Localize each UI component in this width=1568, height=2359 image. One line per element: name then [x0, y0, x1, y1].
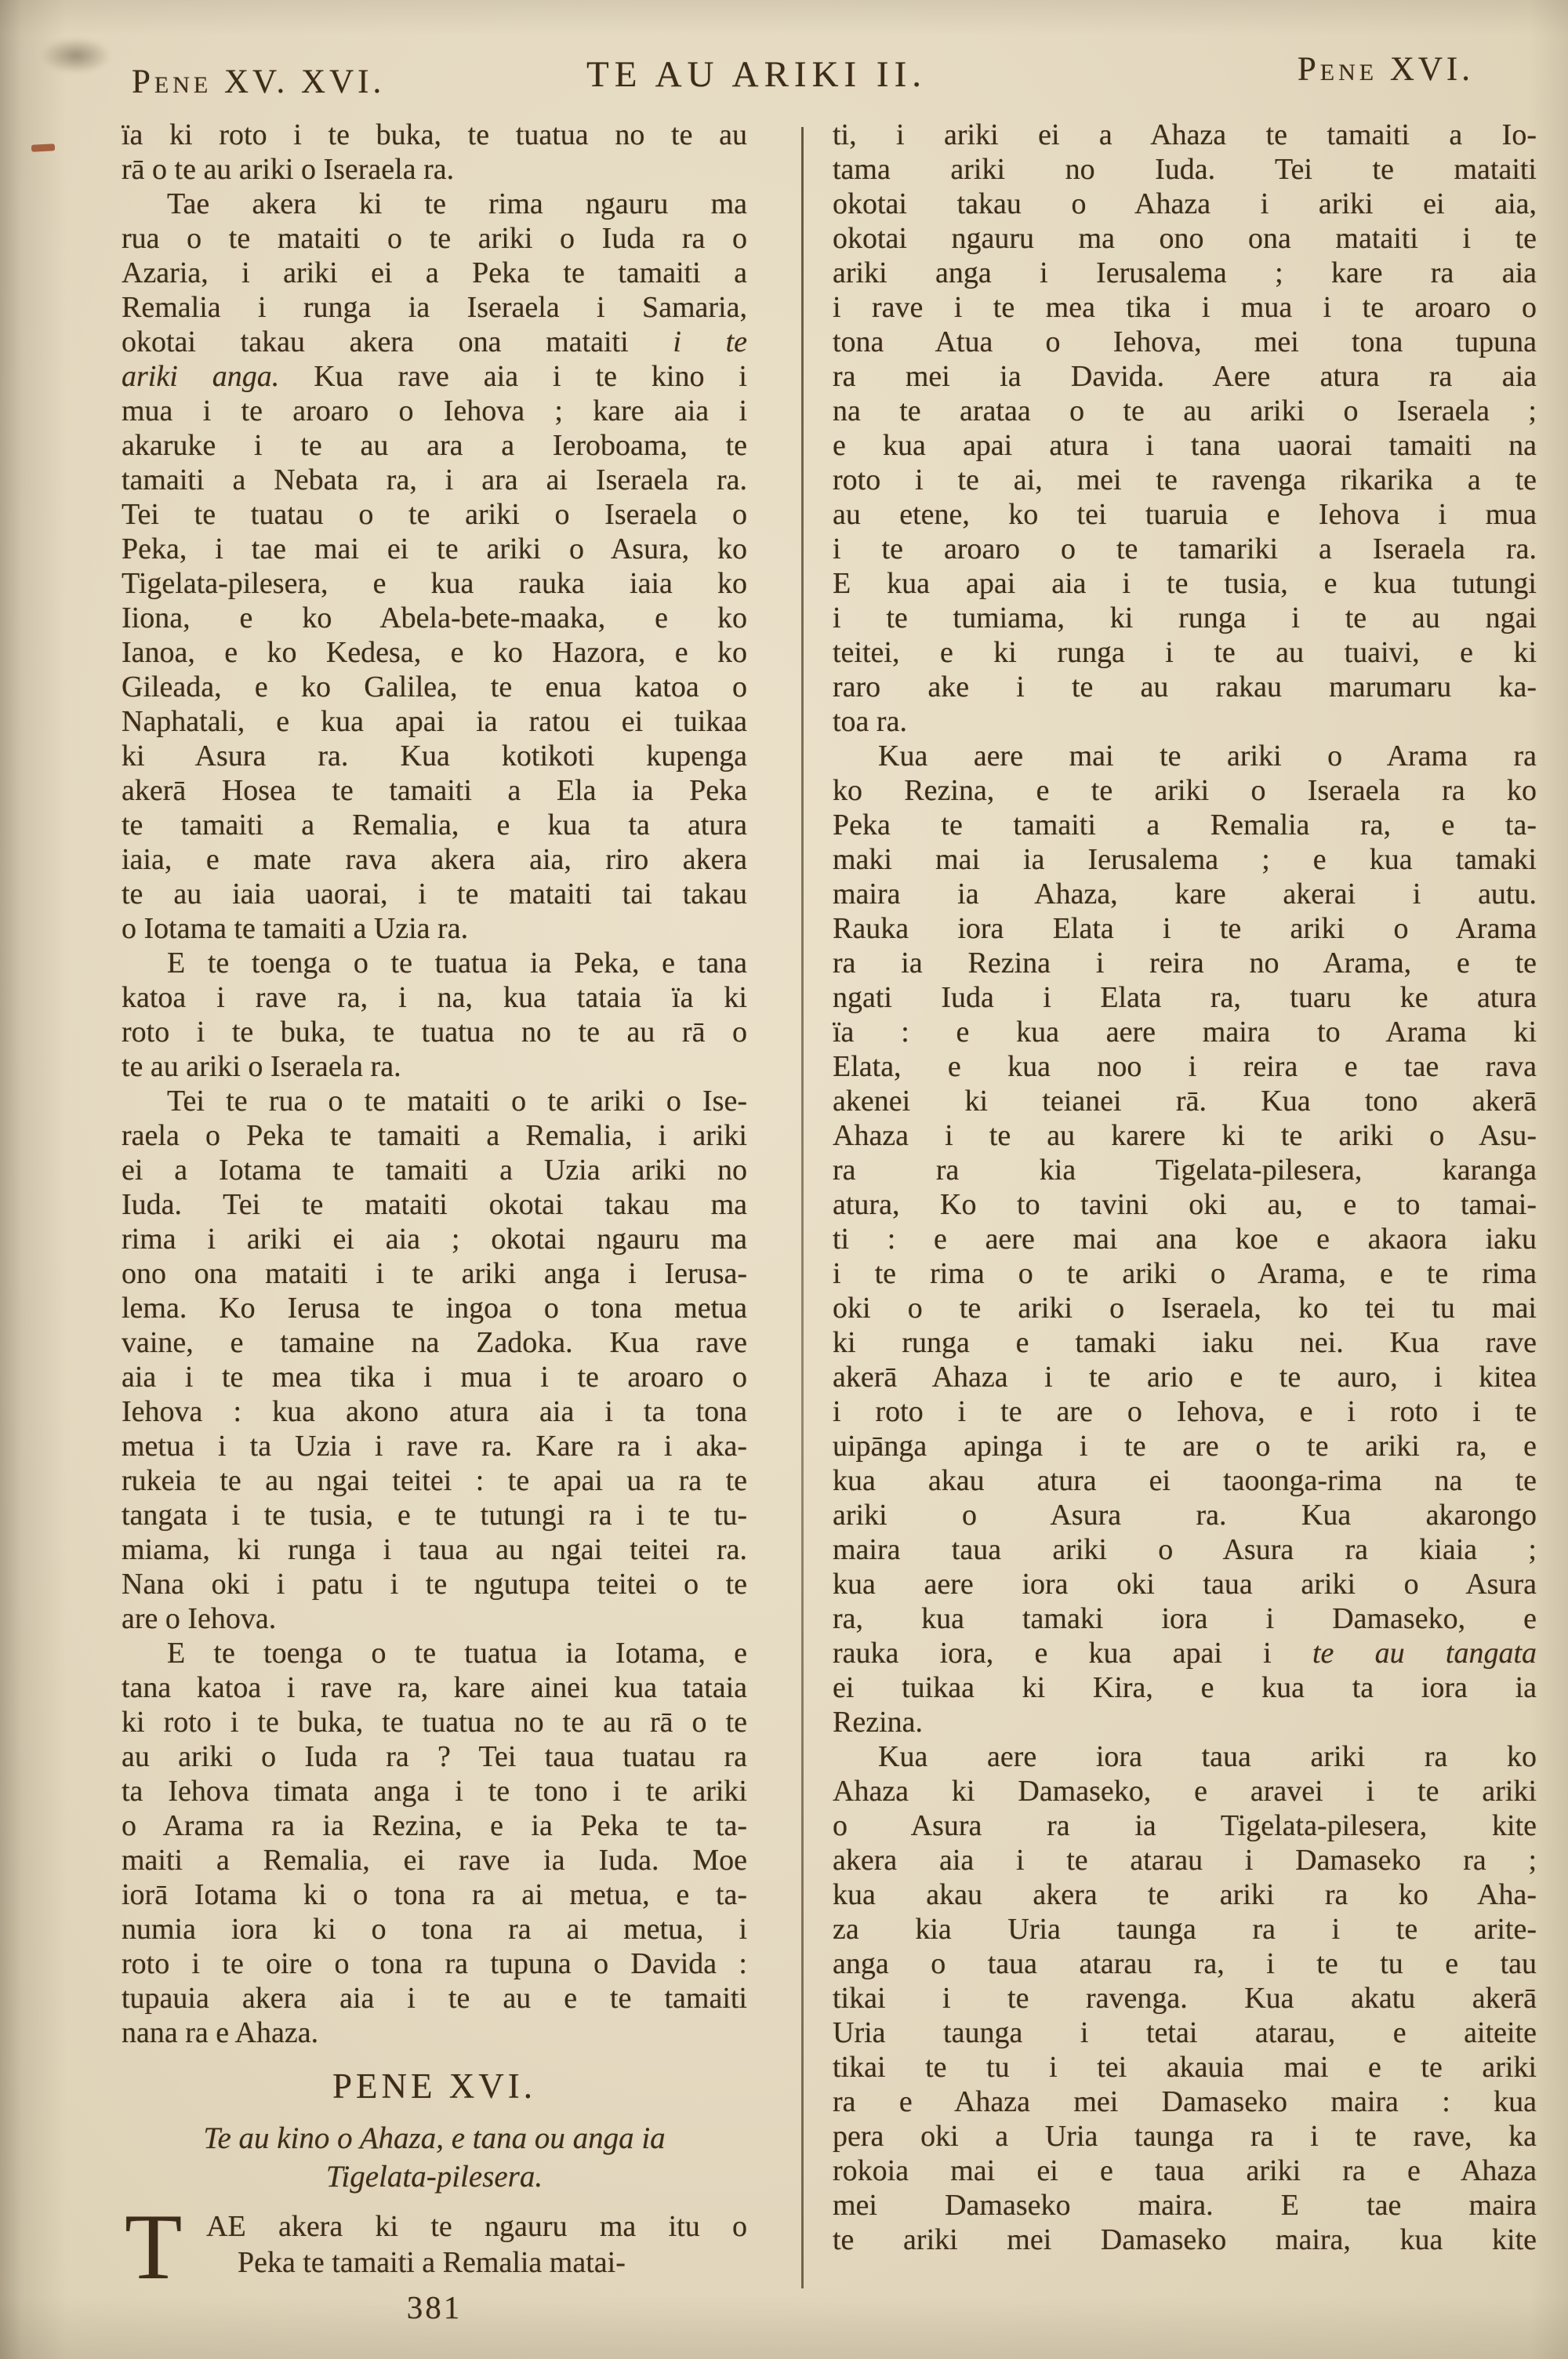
- text-line: ra, kua tamaki iora i Damaseko, e: [833, 1601, 1537, 1636]
- text-line: Remalia i runga ia Iseraela i Samaria,: [122, 290, 747, 325]
- text-line: te au iaia uaorai, i te mataiti tai taka…: [122, 877, 747, 911]
- text-line: ki Asura ra. Kua kotikoti kupenga30: [122, 739, 747, 773]
- text-line: i te rima o te ariki o Arama, e te rima: [833, 1256, 1537, 1291]
- text-line: ei tuikaa ki Kira, e kua ta iora ia: [833, 1670, 1537, 1705]
- page-number: 381: [122, 2288, 747, 2326]
- text-line: i rave i te mea tika i mua i te aroaro o: [833, 290, 1537, 325]
- text-line: o Asura ra ia Tigelata-pilesera, kite: [833, 1808, 1537, 1843]
- text-line: Azaria, i ariki ei a Peka te tamaiti a: [122, 256, 747, 290]
- text-line: ariki o Asura ra. Kua akarongo9: [833, 1498, 1537, 1532]
- text-line: ngati Iuda i Elata ra, tuaru ke atura: [833, 980, 1537, 1015]
- text-line: Ahaza ki Damaseko, e aravei i te ariki: [833, 1774, 1537, 1808]
- text-line: vaine, e tamaine na Zadoka. Kua rave34: [122, 1325, 747, 1360]
- text-line: Peka te tamaiti a Remalia matai-: [122, 2245, 747, 2281]
- chapter-subtitle-line1: Te au kino o Ahaza, e tana ou anga ia: [203, 2121, 665, 2155]
- text-line: teitei, e ki runga i te au tuaivi, e ki: [833, 635, 1537, 670]
- column-divider: [801, 127, 804, 2288]
- text-line: akerā Hosea te tamaiti a Ela ia Peka: [122, 773, 747, 808]
- text-line: ra ia Rezina i reira no Arama, e te: [833, 946, 1537, 980]
- chapter-subtitle: Te au kino o Ahaza, e tana ou anga ia Ti…: [122, 2119, 747, 2196]
- text-line: roto i te ai, mei te ravenga rikarika a …: [833, 463, 1537, 497]
- text-line: ra e Ahaza mei Damaseko maira : kua: [833, 2085, 1537, 2119]
- text-line: Iuda. Tei te mataiti okotai takau ma33: [122, 1187, 747, 1222]
- text-line: raro ake i te au rakau marumaru ka-: [833, 670, 1537, 704]
- chapter-subtitle-line2: Tigelata-pilesera.: [326, 2160, 543, 2194]
- text-column-right: ti, i ariki ei a Ahaza te tamaiti a Io-t…: [833, 118, 1537, 2257]
- text-line: akerā Ahaza i te ario e te auro, i kitea: [833, 1360, 1537, 1394]
- text-line: ra ra kia Tigelata-pilesera, karanga: [833, 1153, 1537, 1187]
- text-line: ki roto i te buka, te tuatua no te au rā…: [122, 1705, 747, 1739]
- text-line: kua akau atura ei taoonga-rima na te: [833, 1463, 1537, 1498]
- text-line: Elata, e kua noo i reira e tae rava: [833, 1049, 1537, 1084]
- chapter-heading: PENE XVI.: [122, 2064, 747, 2108]
- text-line: Tigelata-pilesera, e kua rauka iaia ko: [122, 566, 747, 601]
- text-line: Tae akera ki te rima ngauru ma27: [122, 187, 747, 221]
- text-line: roto i te buka, te tuatua no te au rā o: [122, 1015, 747, 1049]
- text-line: Rauka iora Elata i te ariki o Arama6: [833, 911, 1537, 946]
- text-line: Peka, i tae mai ei te ariki o Asura, ko: [122, 532, 747, 566]
- text-line: akera aia i te atarau i Damaseko ra ;: [833, 1843, 1537, 1877]
- text-line: maira ia Ahaza, kare akerai i autu.: [833, 877, 1537, 911]
- text-line: rua o te mataiti o te ariki o Iuda ra o: [122, 221, 747, 256]
- text-line: Peka te tamaiti a Remalia ra, e ta-: [833, 808, 1537, 842]
- text-line: maiti a Remalia, ei rave ia Iuda. Moe38: [122, 1843, 747, 1877]
- text-line: rima i ariki ei aia ; okotai ngauru ma: [122, 1222, 747, 1256]
- text-line: ti : e aere mai ana koe e akaora iaku: [833, 1222, 1537, 1256]
- text-line: Uria taunga i tetai atarau, e aiteite: [833, 2016, 1537, 2050]
- text-line: o Arama ra ia Rezina, e ia Peka te ta-: [122, 1808, 747, 1843]
- text-line: tangata i te tusia, e te tutungi ra i te…: [122, 1498, 747, 1532]
- text-line: lema. Ko Ierusa te ingoa o tona metua: [122, 1291, 747, 1325]
- text-line: Iehova : kua akono atura aia i ta tona: [122, 1394, 747, 1429]
- text-line: AE akera ki te ngauru ma itu o 1: [122, 2208, 747, 2245]
- book-title: TE AU ARIKI II.: [0, 53, 1513, 96]
- text-line: Tei te rua o te mataiti o te ariki o Ise…: [122, 1084, 747, 1118]
- text-line: ïa ki roto i te buka, te tuatua no te au: [122, 118, 747, 152]
- text-line: anga o taua atarau ra, i te tu e tau: [833, 1946, 1537, 1981]
- column-lines: ti, i ariki ei a Ahaza te tamaiti a Io-t…: [833, 118, 1537, 2257]
- text-line: kua aere iora oki taua ariki o Asura: [833, 1567, 1537, 1601]
- text-line: iorā Iotama ki o tona ra ai metua, e ta-: [122, 1877, 747, 1912]
- text-line: au ariki o Iuda ra ? Tei taua tuatau ra3…: [122, 1739, 747, 1774]
- verse-number: 28: [741, 359, 747, 394]
- verse-number: 32: [741, 1084, 747, 1118]
- text-line: nana ra e Ahaza.: [122, 2016, 747, 2050]
- text-line: Nana oki i patu i te ngutupa teitei o te: [122, 1567, 747, 1601]
- text-line: tamaiti a Nebata ra, i ara ai Iseraela r…: [122, 463, 747, 497]
- verse-number: 27: [741, 187, 747, 221]
- text-line: ïa : e kua aere maira to Arama ki: [833, 1015, 1537, 1049]
- book-page: Pene XV. XVI. TE AU ARIKI II. Pene XVI. …: [0, 0, 1568, 2359]
- text-line: aia i te mea tika i mua i te aroaro o: [122, 1360, 747, 1394]
- text-line: Tei te tuatau o te ariki o Iseraela o29: [122, 497, 747, 532]
- text-line: oki o te ariki o Iseraela, ko tei tu mai: [833, 1291, 1537, 1325]
- text-line: ti, i ariki ei a Ahaza te tamaiti a Io-: [833, 118, 1537, 152]
- running-head-right: Pene XVI.: [1298, 50, 1474, 89]
- text-line: te ariki mei Damaseko maira, kua kite: [833, 2223, 1537, 2257]
- text-line: za kia Uria taunga ra i te arite-: [833, 1912, 1537, 1946]
- text-line: Gileada, e ko Galilea, te enua katoa o: [122, 670, 747, 704]
- text-line: mei Damaseko maira. E tae maira12: [833, 2188, 1537, 2223]
- text-line: roto i te oire o tona ra tupuna o Davida…: [122, 1946, 747, 1981]
- text-line: Iiona, e ko Abela-bete-maaka, e ko: [122, 601, 747, 635]
- text-line: toa ra.: [833, 704, 1537, 739]
- text-line: i roto i te are o Iehova, e i roto i te: [833, 1394, 1537, 1429]
- text-line: ki runga e tamaki iaku nei. Kua rave8: [833, 1325, 1537, 1360]
- text-line: uipānga apinga i te are o te ariki ra, e: [833, 1429, 1537, 1463]
- verse-number: 36: [741, 1636, 747, 1670]
- text-line: atura, Ko to tavini oki au, e to tamai-: [833, 1187, 1537, 1222]
- text-line: rauka iora, e kua apai i te au tangata: [833, 1636, 1537, 1670]
- text-line: Rezina.: [833, 1705, 1537, 1739]
- text-line: maki mai ia Ierusalema ; e kua tamaki: [833, 842, 1537, 877]
- text-line: E kua apai aia i te tusia, e kua tutungi…: [833, 566, 1537, 601]
- text-line: e kua apai atura i tana uaorai tamaiti n…: [833, 428, 1537, 463]
- text-line: rokoia mai ei e taua ariki ra e Ahaza: [833, 2154, 1537, 2188]
- text-line: okotai takau akera ona mataiti i te: [122, 325, 747, 359]
- text-line: okotai takau o Ahaza i ariki ei aia,: [833, 187, 1537, 221]
- text-line: numia iora ki o tona ra ai metua, i: [122, 1912, 747, 1946]
- text-line: tikai te tu i tei akauia mai e te ariki: [833, 2050, 1537, 2085]
- text-line: o Iotama te tamaiti a Uzia ra.: [122, 911, 747, 946]
- verse-number: 33: [741, 1187, 747, 1222]
- text-line: ariki anga i Ierusalema ; kare ra aia: [833, 256, 1537, 290]
- text-line: Ianoa, e ko Kedesa, e ko Hazora, e ko: [122, 635, 747, 670]
- column-lines: ïa ki roto i te buka, te tuatua no te au…: [122, 118, 747, 2050]
- text-line: ta Iehova timata anga i te tono i te ari…: [122, 1774, 747, 1808]
- text-line: tana katoa i rave ra, kare ainei kua tat…: [122, 1670, 747, 1705]
- text-line: kua akau akera te ariki ra ko Aha-: [833, 1877, 1537, 1912]
- text-line: tona Atua o Iehova, mei tona tupuna: [833, 325, 1537, 359]
- text-line: ko Rezina, e te ariki o Iseraela ra ko: [833, 773, 1537, 808]
- text-line: pera oki a Uria taunga ra i te rave, ka: [833, 2119, 1537, 2154]
- verse-number: 30: [741, 739, 747, 773]
- verse-number: 1: [741, 2208, 747, 2245]
- text-line: Ahaza i te au karere ki te ariki o Asu-: [833, 1118, 1537, 1153]
- verse-number: 29: [741, 497, 747, 532]
- text-line: te tamaiti a Remalia, e kua ta atura: [122, 808, 747, 842]
- text-line: Kua aere iora taua ariki ra ko10: [833, 1739, 1537, 1774]
- verse-number: 37: [741, 1739, 747, 1774]
- text-line: tupauia akera aia i te au e te tamaiti: [122, 1981, 747, 2016]
- text-line: na te arataa o te au ariki o Iseraela ;: [833, 394, 1537, 428]
- verse-number: 35: [741, 1429, 747, 1463]
- text-line: maira taua ariki o Asura ra kiaia ;: [833, 1532, 1537, 1567]
- text-line: raela o Peka te tamaiti a Remalia, i ari…: [122, 1118, 747, 1153]
- text-line: au etene, ko tei tuaruia e Iehova i mua: [833, 497, 1537, 532]
- text-line: i te tumiama, ki runga i te au ngai: [833, 601, 1537, 635]
- text-line: mua i te aroaro o Iehova ; kare aia i: [122, 394, 747, 428]
- text-line: katoa i rave ra, i na, kua tataia ïa ki: [122, 980, 747, 1015]
- text-line: miama, ki runga i taua au ngai teitei ra…: [122, 1532, 747, 1567]
- text-line: ei a Iotama te tamaiti a Uzia ariki no: [122, 1153, 747, 1187]
- text-line: i te aroaro o te tamariki a Iseraela ra.: [833, 532, 1537, 566]
- text-line: iaia, e mate rava akera aia, riro akera: [122, 842, 747, 877]
- text-line: metua i ta Uzia i rave ra. Kare ra i aka…: [122, 1429, 747, 1463]
- margin-mark: [31, 144, 55, 152]
- verse-number: 38: [741, 1843, 747, 1877]
- text-line: ra mei ia Davida. Aere atura ra aia3: [833, 359, 1537, 394]
- text-column-left: ïa ki roto i te buka, te tuatua no te au…: [122, 118, 747, 2326]
- text-line: tikai i te ravenga. Kua akatu akerā11: [833, 1981, 1537, 2016]
- text-line: ariki anga. Kua rave aia i te kino i28: [122, 359, 747, 394]
- text-line: Naphatali, e kua apai ia ratou ei tuikaa: [122, 704, 747, 739]
- text-line: are o Iehova.: [122, 1601, 747, 1636]
- verse-number: 31: [741, 946, 747, 980]
- text-line: E te toenga o te tuatua ia Peka, e tana3…: [122, 946, 747, 980]
- text-line: E te toenga o te tuatua ia Iotama, e36: [122, 1636, 747, 1670]
- text-line: rukeia te au ngai teitei : te apai ua ra…: [122, 1463, 747, 1498]
- chapter-opening-paragraph: T AE akera ki te ngauru ma itu o 1 Peka …: [122, 2208, 747, 2281]
- text-line: rā o te au ariki o Iseraela ra.: [122, 152, 747, 187]
- text-line: Kua aere mai te ariki o Arama ra5: [833, 739, 1537, 773]
- text-line: akaruke i te au ara a Ieroboama, te: [122, 428, 747, 463]
- verse-number: 34: [741, 1325, 747, 1360]
- text-line: ono ona mataiti i te ariki anga i Ierusa…: [122, 1256, 747, 1291]
- text-line: akenei ki teianei rā. Kua tono akerā7: [833, 1084, 1537, 1118]
- text-line: okotai ngauru ma ono ona mataiti i te: [833, 221, 1537, 256]
- text-line: tama ariki no Iuda. Tei te mataiti2: [833, 152, 1537, 187]
- text-line: te au ariki o Iseraela ra.: [122, 1049, 747, 1084]
